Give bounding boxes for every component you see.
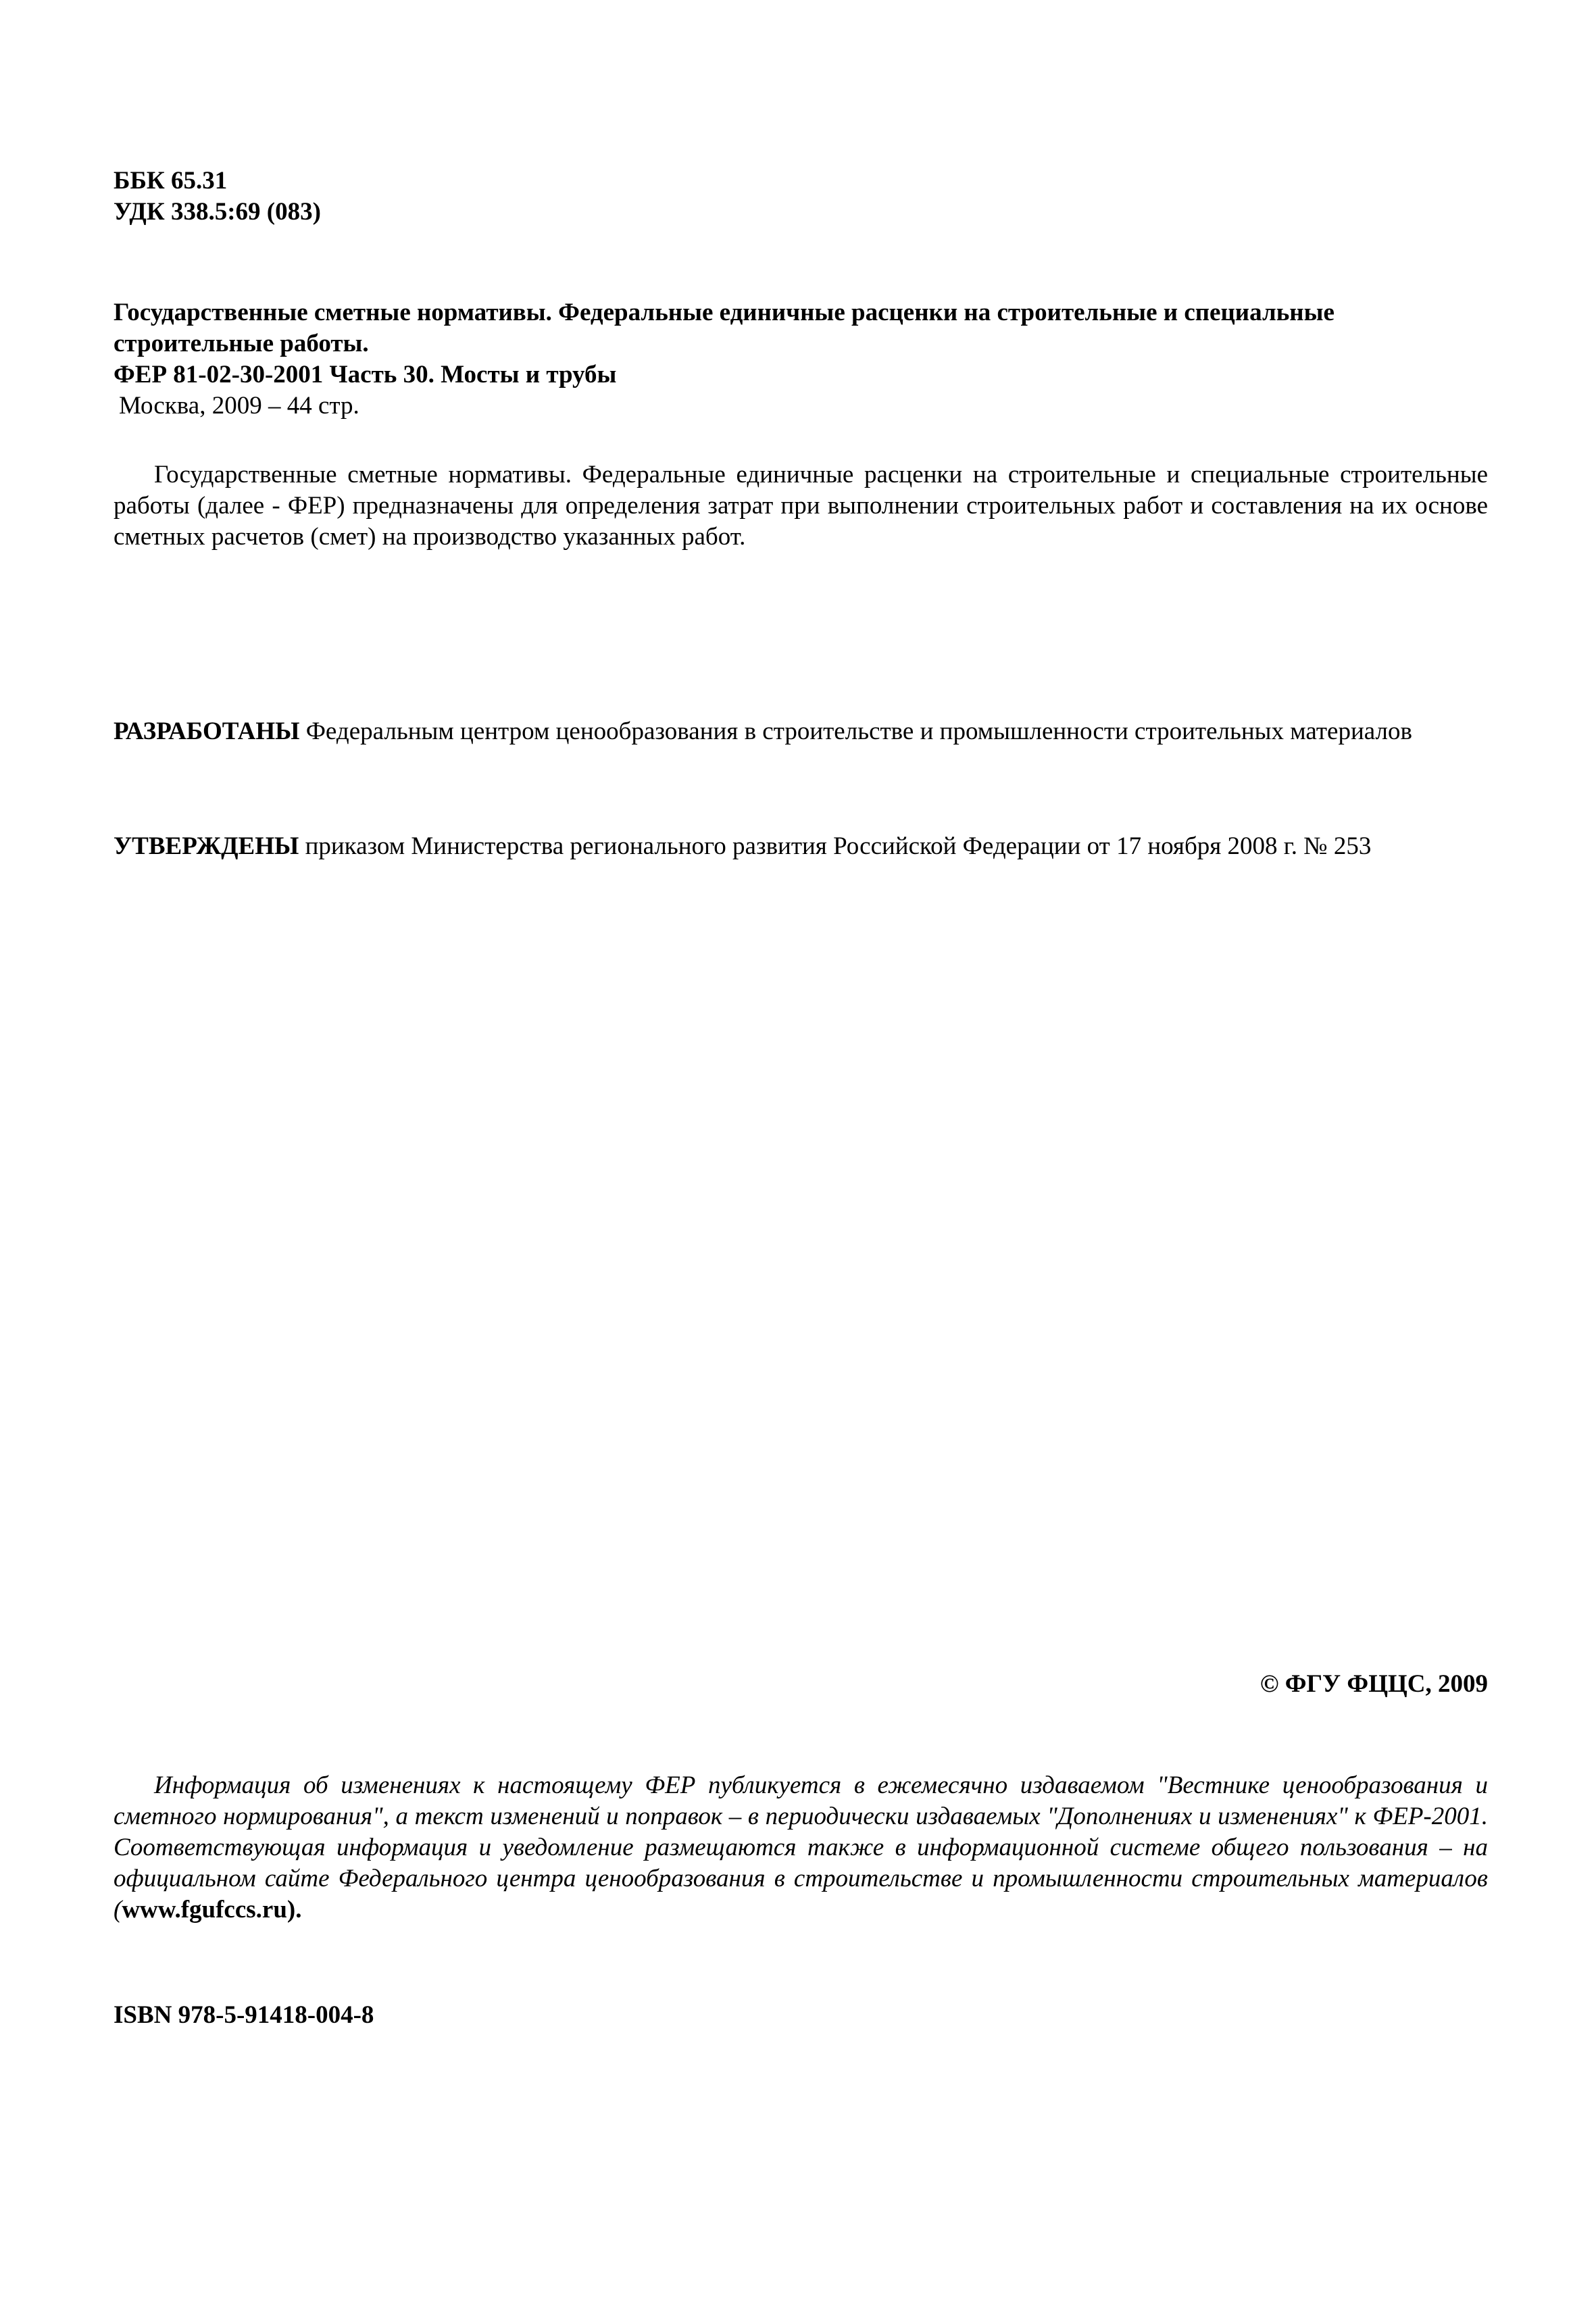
bibliographic-entry: Государственные сметные нормативы. Федер…	[114, 297, 1488, 422]
developed-text: Федеральным центром ценообразования в ст…	[299, 718, 1412, 745]
approved-text: приказом Министерства регионального разв…	[299, 832, 1371, 860]
developed-label: РАЗРАБОТАНЫ	[114, 718, 299, 745]
updates-info-text: Информация об изменениях к настоящему ФЕ…	[114, 1771, 1488, 1923]
classifier-codes: ББК 65.31 УДК 338.5:69 (083)	[114, 166, 1488, 228]
updates-info-closing: ).	[287, 1896, 302, 1923]
updates-info-paragraph: Информация об изменениях к настоящему ФЕ…	[114, 1770, 1488, 1926]
developed-by-statement: РАЗРАБОТАНЫ Федеральным центром ценообра…	[114, 716, 1488, 747]
udk-code: УДК 338.5:69 (083)	[114, 197, 1488, 228]
isbn: ISBN 978-5-91418-004-8	[114, 2000, 1488, 2031]
approved-by-statement: УТВЕРЖДЕНЫ приказом Министерства региона…	[114, 831, 1488, 862]
annotation-paragraph: Государственные сметные нормативы. Федер…	[114, 459, 1488, 553]
bbk-code: ББК 65.31	[114, 166, 1488, 197]
document-title: Государственные сметные нормативы. Федер…	[114, 297, 1488, 359]
imprint: Москва, 2009 – 44 стр.	[114, 391, 1488, 422]
document-code-part: ФЕР 81-02-30-2001 Часть 30. Мосты и труб…	[114, 359, 1488, 391]
approved-label: УТВЕРЖДЕНЫ	[114, 832, 299, 860]
website-link[interactable]: www.fgufccs.ru	[122, 1896, 287, 1923]
copyright-notice: © ФГУ ФЦЦС, 2009	[114, 1669, 1488, 1700]
